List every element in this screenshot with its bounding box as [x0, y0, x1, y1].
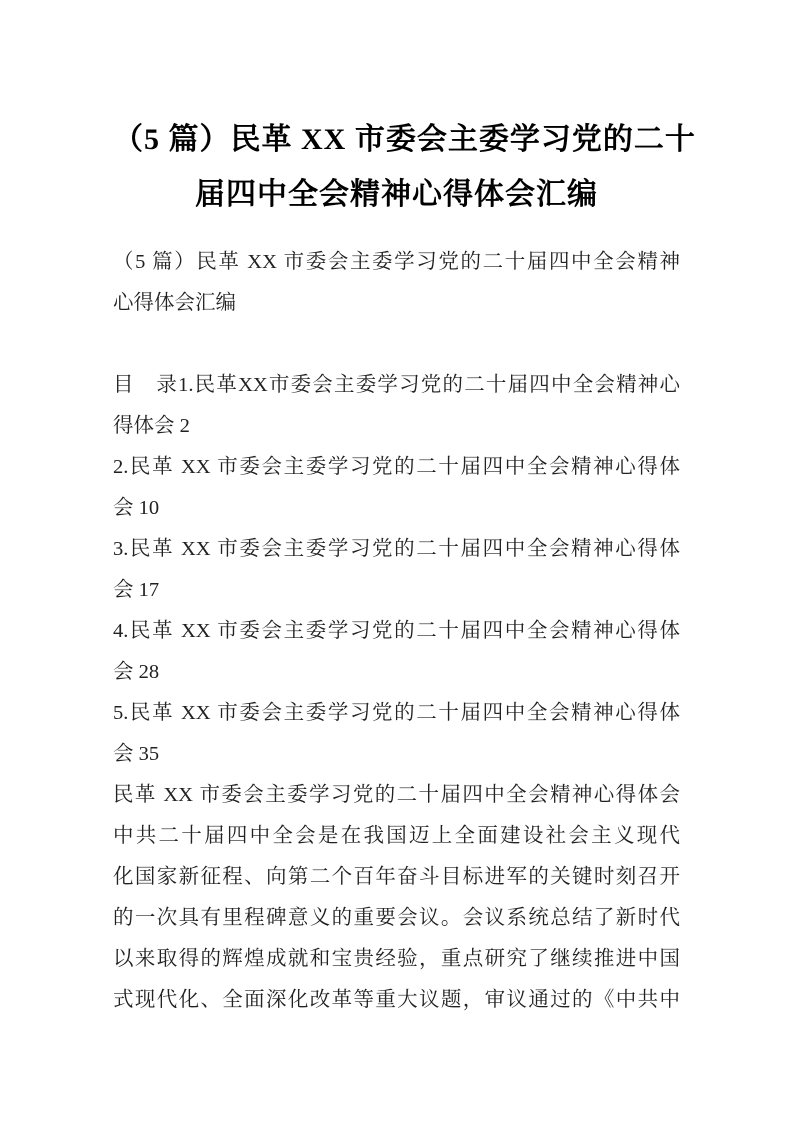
toc-entry-3-line-2: 会 17: [113, 570, 680, 611]
blank-line: [113, 324, 680, 365]
toc-entry-1-line-1: 目 录1.民革XX市委会主委学习党的二十届四中全会精神心: [113, 365, 680, 406]
toc-entry-5-line-2: 会 35: [113, 734, 680, 775]
toc-entry-4-line-2: 会 28: [113, 652, 680, 693]
toc-entry-3-line-1: 3.民革 XX 市委会主委学习党的二十届四中全会精神心得体: [113, 529, 680, 570]
title-line-1: （5 篇）民革 XX 市委会主委学习党的二十: [113, 112, 680, 167]
paragraph-line-3: 的一次具有里程碑意义的重要会议。会议系统总结了新时代: [113, 898, 680, 939]
document-content: （5 篇）民革 XX 市委会主委学习党的二十 届四中全会精神心得体会汇编 （5 …: [0, 0, 793, 1021]
toc-entry-1-line-2: 得体会 2: [113, 406, 680, 447]
toc-entry-2-line-2: 会 10: [113, 488, 680, 529]
toc-entry-4-line-1: 4.民革 XX 市委会主委学习党的二十届四中全会精神心得体: [113, 611, 680, 652]
paragraph-line-1: 中共二十届四中全会是在我国迈上全面建设社会主义现代: [113, 816, 680, 857]
toc-entry-5-line-1: 5.民革 XX 市委会主委学习党的二十届四中全会精神心得体: [113, 693, 680, 734]
document-title: （5 篇）民革 XX 市委会主委学习党的二十 届四中全会精神心得体会汇编: [113, 112, 680, 222]
toc-entry-2-line-1: 2.民革 XX 市委会主委学习党的二十届四中全会精神心得体: [113, 447, 680, 488]
paragraph-line-2: 化国家新征程、向第二个百年奋斗目标进军的关键时刻召开: [113, 857, 680, 898]
paragraph-line-5: 式现代化、全面深化改革等重大议题，审议通过的《中共中: [113, 980, 680, 1021]
title-line-2: 届四中全会精神心得体会汇编: [113, 167, 680, 222]
intro-line-1: （5 篇）民革 XX 市委会主委学习党的二十届四中全会精神: [113, 242, 680, 283]
document-body: （5 篇）民革 XX 市委会主委学习党的二十届四中全会精神 心得体会汇编 目 录…: [113, 242, 680, 1021]
paragraph-line-4: 以来取得的辉煌成就和宝贵经验，重点研究了继续推进中国: [113, 939, 680, 980]
section-heading-line: 民革 XX 市委会主委学习党的二十届四中全会精神心得体会: [113, 775, 680, 816]
document-page: （5 篇）民革 XX 市委会主委学习党的二十 届四中全会精神心得体会汇编 （5 …: [0, 0, 793, 1122]
intro-line-2: 心得体会汇编: [113, 283, 680, 324]
